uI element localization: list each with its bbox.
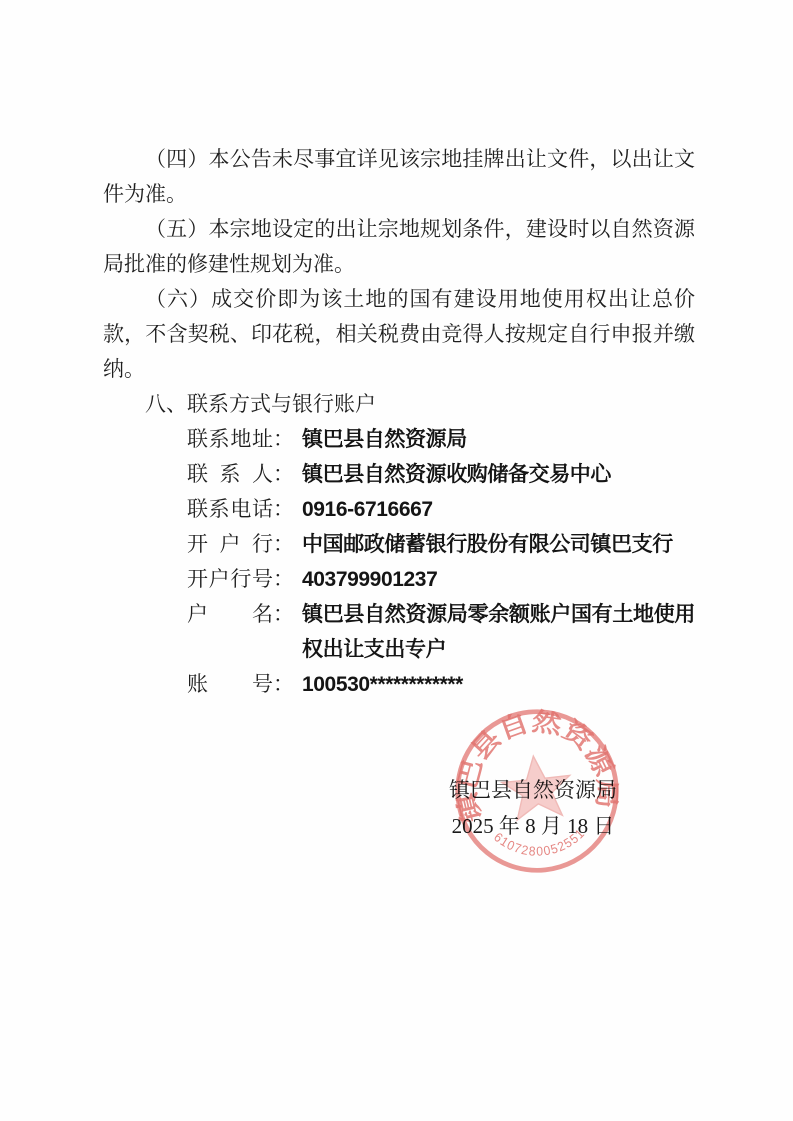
contact-label: 联系地址	[187, 422, 273, 457]
signature-block: 镇巴县自然资源局 2025 年 8 月 18 日	[433, 772, 633, 844]
paragraph-clause-5: （五）本宗地设定的出让宗地规划条件，建设时以自然资源局批准的修建性规划为准。	[103, 212, 695, 282]
contact-value: 403799901237	[302, 562, 695, 597]
contact-row-bank-number: 开户行号 ： 403799901237	[103, 562, 695, 597]
contact-colon: ：	[273, 492, 294, 527]
signature-date: 2025 年 8 月 18 日	[433, 808, 633, 844]
contact-value: 镇巴县自然资源局	[302, 422, 695, 457]
contact-colon: ：	[273, 422, 294, 457]
contact-row-bank: 开户行 ： 中国邮政储蓄银行股份有限公司镇巴支行	[103, 527, 695, 562]
contact-colon: ：	[273, 597, 294, 667]
contact-label: 联系人	[187, 457, 273, 492]
contact-value: 中国邮政储蓄银行股份有限公司镇巴支行	[302, 527, 695, 562]
contact-colon: ：	[273, 527, 294, 562]
paragraph-clause-4: （四）本公告未尽事宜详见该宗地挂牌出让文件，以出让文件为准。	[103, 142, 695, 212]
section-heading-contacts: 八、联系方式与银行账户	[103, 387, 695, 422]
contact-value: 100530************	[302, 667, 695, 702]
paragraph-clause-6: （六）成交价即为该土地的国有建设用地使用权出让总价款，不含契税、印花税，相关税费…	[103, 282, 695, 387]
document-body: （四）本公告未尽事宜详见该宗地挂牌出让文件，以出让文件为准。 （五）本宗地设定的…	[103, 142, 695, 702]
contact-value: 镇巴县自然资源收购储备交易中心	[302, 457, 695, 492]
contact-value: 0916-6716667	[302, 492, 695, 527]
contact-row-address: 联系地址 ： 镇巴县自然资源局	[103, 422, 695, 457]
contact-value: 镇巴县自然资源局零余额账户国有土地使用权出让支出专户	[302, 597, 695, 667]
contact-row-account-number: 账号 ： 100530************	[103, 667, 695, 702]
contact-label: 开户行	[187, 527, 273, 562]
contact-label: 户名	[187, 597, 273, 667]
signature-org: 镇巴县自然资源局	[433, 772, 633, 808]
contact-colon: ：	[273, 457, 294, 492]
contact-row-person: 联系人 ： 镇巴县自然资源收购储备交易中心	[103, 457, 695, 492]
contact-colon: ：	[273, 667, 294, 702]
contact-row-account-name: 户名 ： 镇巴县自然资源局零余额账户国有土地使用权出让支出专户	[103, 597, 695, 667]
contact-label: 联系电话	[187, 492, 273, 527]
contact-row-phone: 联系电话 ： 0916-6716667	[103, 492, 695, 527]
contact-colon: ：	[273, 562, 294, 597]
contact-label: 账号	[187, 667, 273, 702]
contact-label: 开户行号	[187, 562, 273, 597]
